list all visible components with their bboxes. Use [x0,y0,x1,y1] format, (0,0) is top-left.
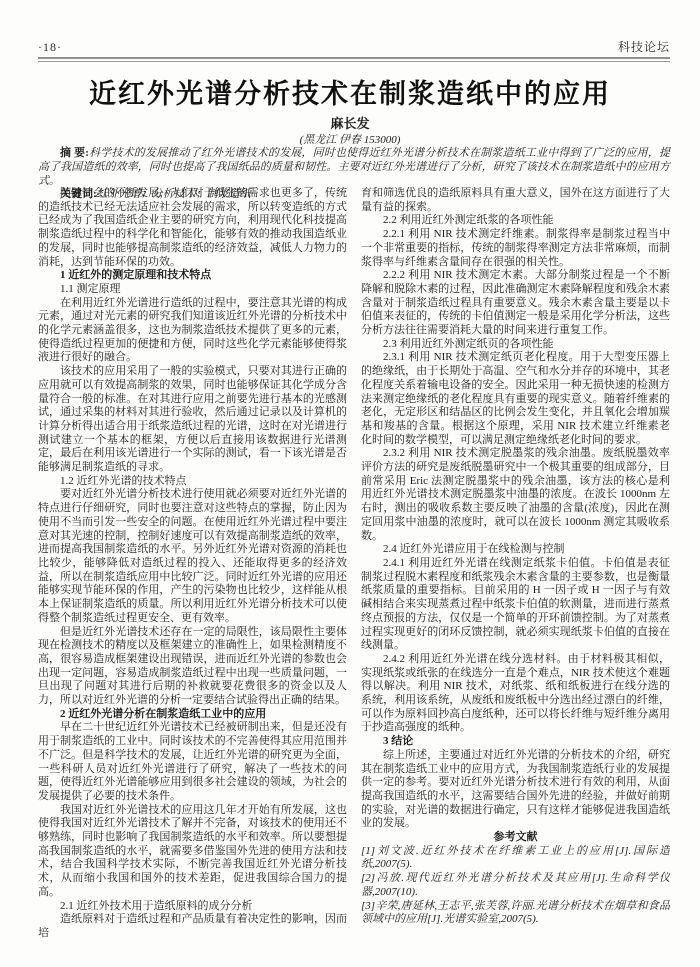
left-column: 随着社会的不断发展，人们对于纸张的需求也更多了，传统的造纸技术已经无法适应社会发… [38,187,347,959]
subsection-heading: 2.2 利用近红外测定纸浆的各项性能 [361,214,670,228]
right-column: 育和筛选优良的造纸原料具有重大意义，国外在这方面进行了大量有益的探索。2.2 利… [361,187,670,959]
running-header: ·18· 科技论坛 [38,38,670,55]
abstract: 摘 要:科学技术的发展推动了红外光谱技术的发展，同时也使得近红外光谱分析技术在制… [38,147,670,188]
body-paragraph: 早在二十世纪近红外光谱技术已经被研制出来，但是还没有用于制浆造纸的工业中。同时该… [38,721,347,803]
body-paragraph: 综上所述，主要通过对近红外光谱的分析技术的介绍，研究其在制浆造纸工业中的应用方式… [361,749,670,831]
body-paragraph: 但是近红外光谱技术还存在一定的局限性，该局限性主要体现在检测技术的精度以及框架建… [38,626,347,708]
subsection-heading: 2.4 近红外光谱应用于在线检测与控制 [361,543,670,557]
body-paragraph: 2.3.2 利用 NIR 技术测定脱墨浆的残余油墨。废纸脱墨效率评价方法的研究是… [361,447,670,543]
header-rule [38,57,670,62]
body-paragraph: 该技术的应用采用了一般的实验模式，只要对其进行正确的应用就可以有效提高制浆的效果… [38,365,347,475]
body-paragraph: 造纸原料对于造纸过程和产品质量有着决定性的影响，因而培 [38,913,347,940]
body-paragraph: 2.4.1 利用近红外光谱在线测定纸浆卡伯值。卡伯值是表征制浆过程脱木素程度和纸… [361,557,670,653]
article-body: 随着社会的不断发展，人们对于纸张的需求也更多了，传统的造纸技术已经无法适应社会发… [38,187,670,959]
references-heading: 参考文献 [361,831,670,845]
body-paragraph: 2.2.1 利用 NIR 技术测定纤维素。制浆得率是制浆过程当中一个非常重要的指… [361,228,670,269]
subsection-heading: 2.3 利用近红外测定纸页的各项性能 [361,338,670,352]
reference-item: [2]冯放.现代近红外光谱分析技术及其应用[J].生命科学仪器,2007(10)… [361,872,670,899]
journal-section-label: 科技论坛 [618,38,670,55]
article-title: 近红外光谱分析技术在制浆造纸中的应用 [0,72,700,111]
author-affiliation: (黑龙江 伊春 153000) [0,131,700,147]
author-name: 麻长发 [0,113,700,132]
subsection-heading: 1.2 近红外光谱的技术特点 [38,475,347,489]
journal-page: ·18· 科技论坛 近红外光谱分析技术在制浆造纸中的应用 麻长发 (黑龙江 伊春… [0,0,700,967]
section-heading: 1 近红外的测定原理和技术特点 [38,269,347,283]
section-heading: 3 结论 [361,735,670,749]
body-paragraph-continued: 育和筛选优良的造纸原料具有重大意义，国外在这方面进行了大量有益的探索。 [361,187,670,214]
body-paragraph: 要对近红外光谱分析技术进行使用就必须要对近红外光谱的特点进行仔细研究，同时也要注… [38,488,347,625]
reference-item: [1]刘文波.近红外技术在纤维素工业上的应用[J].国际造纸,2007(5). [361,845,670,872]
body-paragraph: 2.4.2 利用近红外光谱在线分选材料。由于材料极其相似，实现纸浆或纸张的在线选… [361,653,670,735]
body-paragraph: 在利用近红外光谱进行造纸的过程中，要注意其光谱的构成元素，通过对光元素的研究我们… [38,297,347,366]
page-number: ·18· [38,40,62,55]
body-paragraph: 2.3.1 利用 NIR 技术测定纸页老化程度。用于大型变压器上的绝缘纸，由于长… [361,351,670,447]
subsection-heading: 2.1 近红外技术用于造纸原料的成分分析 [38,900,347,914]
abstract-label: 摘 要: [60,147,89,159]
abstract-text: 科学技术的发展推动了红外光谱技术的发展，同时也使得近红外光谱分析技术在制浆造纸工… [38,147,670,187]
body-paragraph: 我国对近红外光谱技术的应用这几年才开始有所发展，这也使得我国对近红外光谱技术了解… [38,804,347,900]
body-paragraph: 随着社会的不断发展，人们对于纸张的需求也更多了，传统的造纸技术已经无法适应社会发… [38,187,347,269]
subsection-heading: 1.1 测定原理 [38,283,347,297]
reference-item: [3]辛荣,唐延林,王志平,张芙蓉,许丽.光谱分析技术在烟草和食品领域中的应用[… [361,900,670,927]
section-heading: 2 近红外光谱分析在制浆造纸工业中的应用 [38,708,347,722]
body-paragraph: 2.2.2 利用 NIR 技术测定木素。大部分制浆过程是一个不断降解和脱除木素的… [361,269,670,338]
